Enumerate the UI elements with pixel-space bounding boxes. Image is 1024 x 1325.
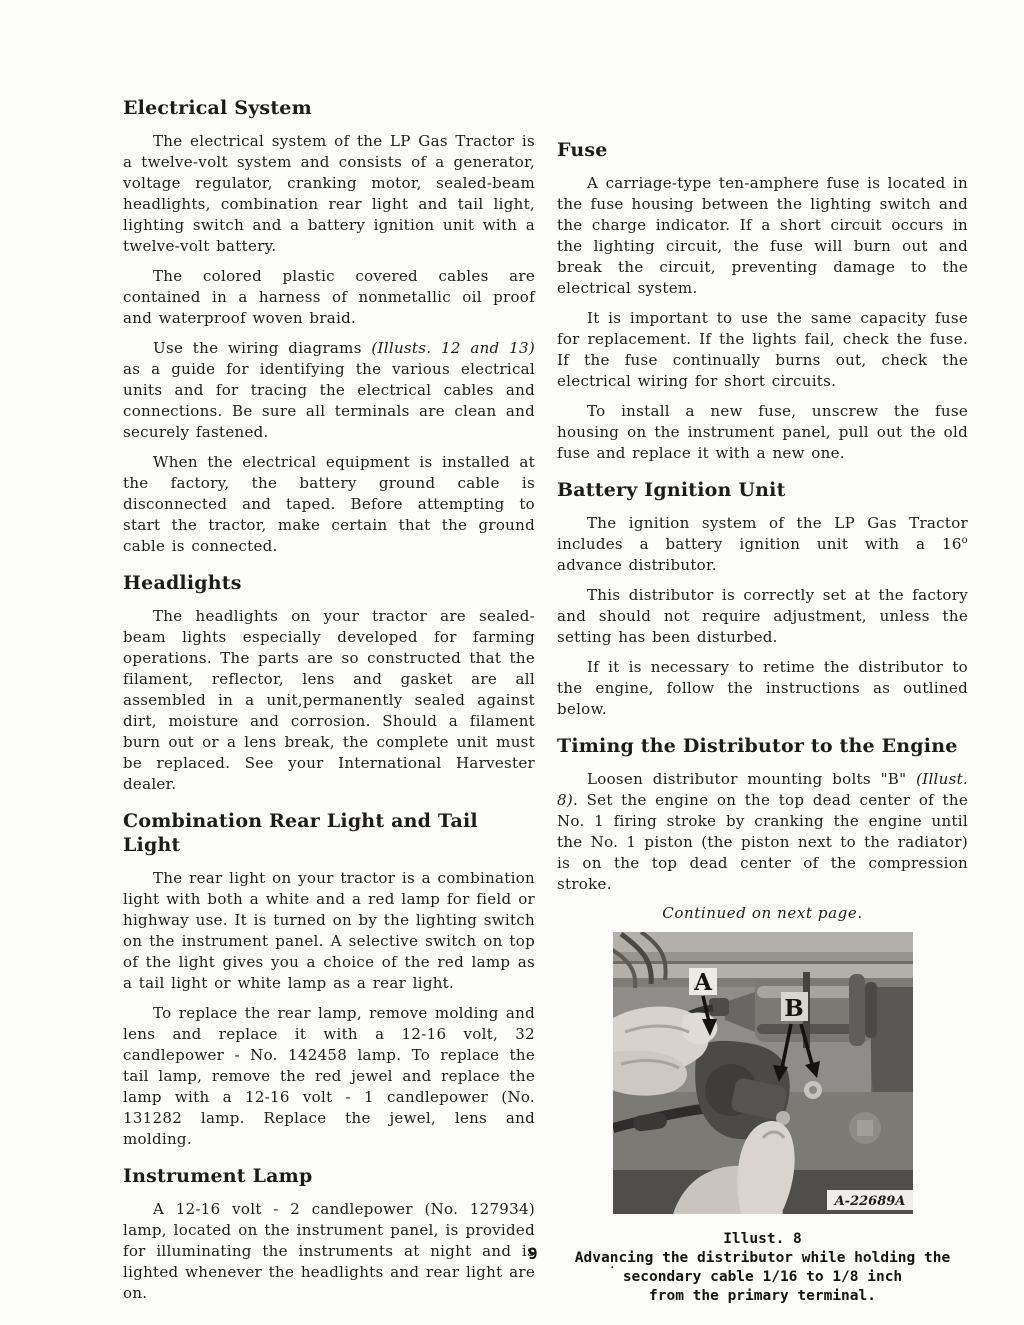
text-segment: . Set the engine on the top dead center … — [557, 791, 968, 893]
caption-line-3: secondary cable 1/16 to 1/8 inch — [557, 1268, 968, 1287]
paragraph-rear-light-2: To replace the rear lamp, remove molding… — [123, 1003, 535, 1150]
paragraph-battery-1: The ignition system of the LP Gas Tracto… — [557, 513, 968, 576]
right-column: Fuse A carriage-type ten-amphere fuse is… — [557, 138, 968, 1306]
text-segment: The ignition system of the LP Gas Tracto… — [557, 514, 968, 553]
paragraph-fuse-1: A carriage-type ten-amphere fuse is loca… — [557, 173, 968, 299]
degree-superscript: o — [962, 535, 968, 546]
photo-label-a: A — [693, 969, 713, 996]
heading-timing-distributor: Timing the Distributor to the Engine — [557, 734, 968, 758]
illustration-reference: (Illusts. 12 and 13) — [371, 339, 535, 357]
photo-id-plate: A-22689A — [827, 1190, 913, 1210]
paragraph-rear-light-1: The rear light on your tractor is a comb… — [123, 868, 535, 994]
text-segment: as a guide for identifying the various e… — [123, 360, 535, 441]
paragraph-battery-2: This distributor is correctly set at the… — [557, 585, 968, 648]
paragraph-fuse-2: It is important to use the same capacity… — [557, 308, 968, 392]
illustration-figure: A B A-22689A Illust. 8 — [557, 932, 968, 1306]
scan-artifact-dot: . — [610, 1256, 614, 1272]
paragraph-electrical-4: When the electrical equipment is install… — [123, 452, 535, 557]
paragraph-headlights-1: The headlights on your tractor are seale… — [123, 606, 535, 795]
text-segment: Loosen distributor mounting bolts "B" — [587, 770, 916, 788]
heading-instrument-lamp: Instrument Lamp — [123, 1164, 535, 1188]
paragraph-electrical-3: Use the wiring diagrams (Illusts. 12 and… — [123, 338, 535, 443]
caption-line-4: from the primary terminal. — [557, 1287, 968, 1306]
paragraph-electrical-1: The electrical system of the LP Gas Trac… — [123, 131, 535, 257]
caption-line-2: Advancing the distributor while holding … — [557, 1249, 968, 1268]
continued-notice: Continued on next page. — [557, 904, 968, 922]
illustration-caption: Illust. 8 Advancing the distributor whil… — [557, 1230, 968, 1306]
text-segment: Use the wiring diagrams — [153, 339, 371, 357]
paragraph-fuse-3: To install a new fuse, unscrew the fuse … — [557, 401, 968, 464]
heading-headlights: Headlights — [123, 571, 535, 595]
page-number: 9 — [528, 1244, 538, 1263]
distributor-photo: A B A-22689A — [613, 932, 913, 1214]
photo-label-b: B — [784, 995, 803, 1022]
heading-battery-ignition-unit: Battery Ignition Unit — [557, 478, 968, 502]
heading-fuse: Fuse — [557, 138, 968, 162]
left-column: Electrical System The electrical system … — [123, 96, 535, 1313]
caption-line-1: Illust. 8 — [557, 1230, 968, 1249]
paragraph-timing-1: Loosen distributor mounting bolts "B" (I… — [557, 769, 968, 895]
paragraph-instrument-lamp-1: A 12-16 volt - 2 candlepower (No. 127934… — [123, 1199, 535, 1304]
heading-electrical-system: Electrical System — [123, 96, 535, 120]
manual-page: Electrical System The electrical system … — [0, 0, 1024, 1325]
paragraph-electrical-2: The colored plastic covered cables are c… — [123, 266, 535, 329]
photo-id-label: A-22689A — [832, 1194, 905, 1209]
text-segment: advance distributor. — [557, 556, 717, 574]
heading-rear-light: Combination Rear Light and Tail Light — [123, 809, 535, 857]
paragraph-battery-3: If it is necessary to retime the distrib… — [557, 657, 968, 720]
